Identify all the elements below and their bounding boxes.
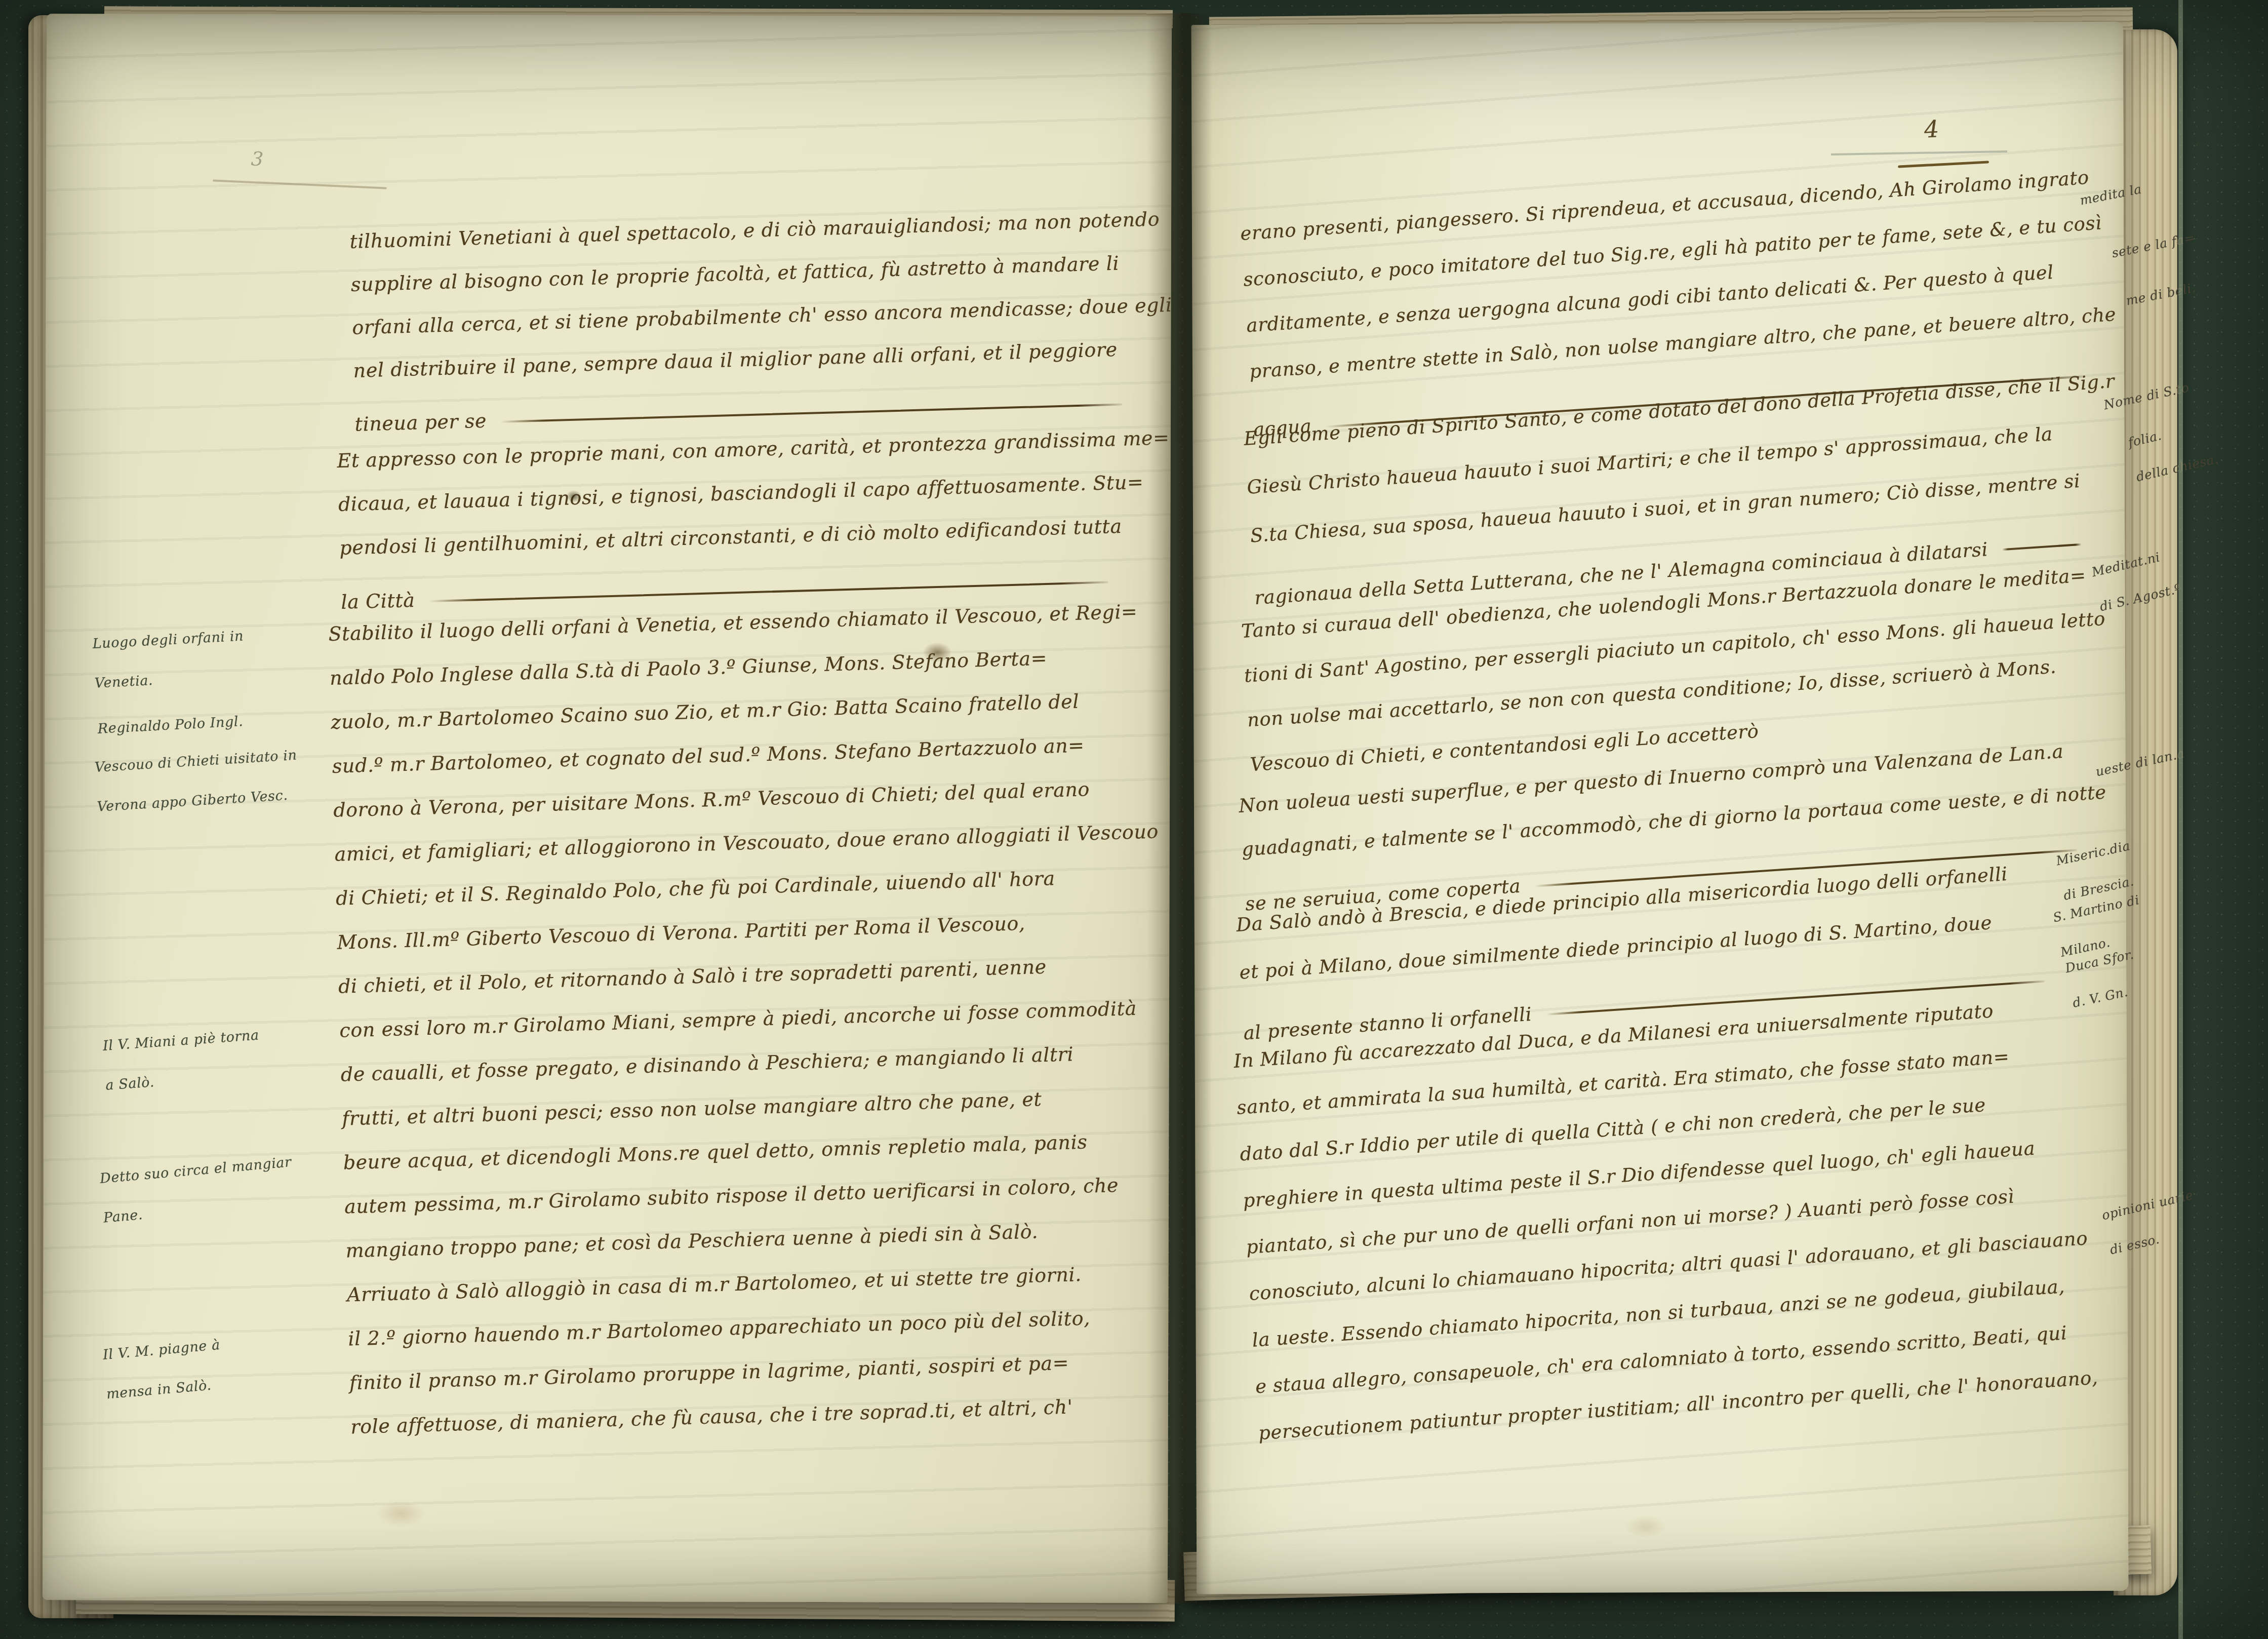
ink-rule — [429, 581, 1108, 602]
left-paragraph-2: Et appresso con le proprie mani, con amo… — [337, 428, 1116, 624]
folio-number-left: 3 — [251, 147, 264, 170]
handwritten-text: Pane. — [103, 1207, 143, 1226]
margin-note-left-6: Il V. M. piagne àmensa in Salò. — [102, 1337, 226, 1426]
handwritten-text: a Salò. — [105, 1074, 154, 1094]
right-paragraph-6: In Milano fù accarezzato dal Duca, e da … — [1233, 995, 2102, 1469]
ink-rule — [501, 403, 1122, 422]
margin-note-left-5: Detto suo circa el mangiarPane. — [99, 1154, 298, 1250]
glass-reflection-line — [2178, 0, 2183, 1639]
margin-note-right-10: Duca Sfor.d. V. Gn. — [2064, 947, 2147, 1031]
margin-note-left-1: Luogo degli orfani inVenetia. — [92, 628, 247, 715]
handwritten-text: Venetia. — [94, 673, 153, 691]
manuscript-photo: 3 4 tilhuomini Venetiani à quel spettaco… — [0, 0, 2268, 1639]
left-paragraph-1: tilhuomini Venetiani à quel spettacolo, … — [349, 209, 1130, 446]
folio-number-right: 4 — [1924, 115, 1940, 143]
margin-note-left-3: Vescouo di Chieti uisitato inVerona appo… — [94, 748, 301, 839]
handwritten-text: tineua per se — [354, 409, 487, 435]
handwritten-text: la Città — [341, 589, 415, 613]
margin-note-left-4: Il V. Miani a piè tornaa Salò. — [102, 1027, 264, 1117]
ink-rule — [2002, 543, 2081, 551]
left-paragraph-3: Stabilito il luogo delli orfani à Veneti… — [328, 601, 1134, 1460]
text-line: Venetia. — [94, 668, 247, 715]
